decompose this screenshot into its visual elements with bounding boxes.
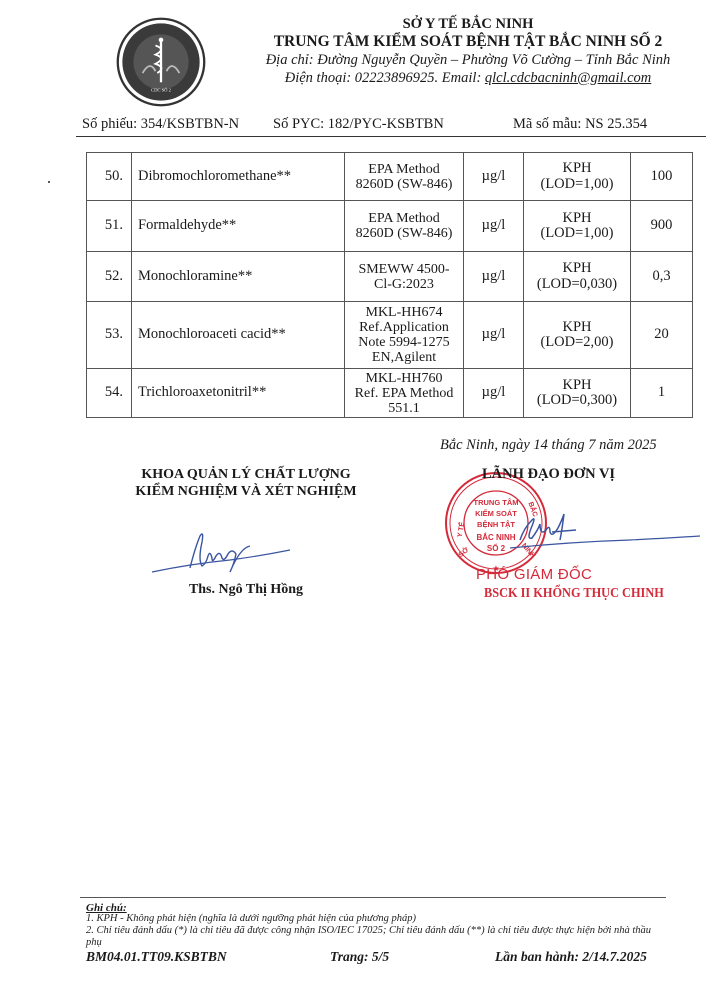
handwritten-signature-icon [150,528,295,578]
email-link[interactable]: qlcl.cdcbacninh@gmail.com [485,70,651,86]
note-item: 2. Chỉ tiêu đánh dấu (*) là chỉ tiêu đã … [86,925,666,949]
center-contact: Điện thoại: 02223896925. Email: qlcl.cdc… [230,70,706,87]
limit-value: 20 [631,302,693,369]
table-row: 52. Monochloramine** SMEWW 4500-Cl-G:202… [87,252,693,302]
report-number: Số phiếu: 354/KSBTBN-N [82,116,239,133]
result: KPH(LOD=0,300) [524,369,631,418]
result: KPH(LOD=2,00) [524,302,631,369]
center-address: Địa chỉ: Đường Nguyễn Quyền – Phường Võ … [230,52,706,69]
test-method: EPA Method8260D (SW-846) [345,201,464,252]
right-signatory-position: PHÓ GIÁM ĐỐC [476,566,592,583]
caduceus-emblem-icon: CDC SỐ 2 [115,16,207,108]
phone-label: Điện thoại: 02223896925. Email: [285,70,485,86]
unit: µg/l [464,153,524,201]
result: KPH(LOD=1,00) [524,153,631,201]
footer-divider [80,897,666,898]
scan-speck [48,181,50,183]
left-signatory-name: Ths. Ngô Thị Hồng [100,582,392,598]
test-method: MKL-HH760Ref. EPA Method551.1 [345,369,464,418]
parameter-name: Trichloroaxetonitril** [132,369,345,418]
handwritten-signature-icon [510,510,700,555]
table-row: 54. Trichloroaxetonitril** MKL-HH760Ref.… [87,369,693,418]
row-number: 52. [87,252,132,302]
results-table: 50. Dibromochloromethane** EPA Method826… [86,152,693,418]
svg-text:Y TẾ: Y TẾ [454,521,467,538]
unit: µg/l [464,302,524,369]
left-signatory-title: KHOA QUẢN LÝ CHẤT LƯỢNG KIỂM NGHIỆM VÀ X… [100,466,392,500]
row-number: 51. [87,201,132,252]
row-number: 50. [87,153,132,201]
sign-date: Bắc Ninh, ngày 14 tháng 7 năm 2025 [440,437,657,454]
test-method: MKL-HH674Ref.ApplicationNote 5994-1275EN… [345,302,464,369]
parameter-name: Dibromochloromethane** [132,153,345,201]
sample-code: Mã số mẫu: NS 25.354 [513,116,647,133]
table-row: 50. Dibromochloromethane** EPA Method826… [87,153,693,201]
parameter-name: Monochloramine** [132,252,345,302]
limit-value: 0,3 [631,252,693,302]
form-code: BM04.01.TT09.KSBTBN [86,949,227,965]
unit: µg/l [464,201,524,252]
test-method: EPA Method8260D (SW-846) [345,153,464,201]
center-name: TRUNG TÂM KIỂM SOÁT BỆNH TẬT BẮC NINH SỐ… [230,33,706,51]
note-item: 1. KPH - Không phát hiện (nghĩa là dưới … [86,913,666,925]
unit: µg/l [464,252,524,302]
svg-text:SỐ 2: SỐ 2 [487,543,506,553]
right-signatory-title: LÃNH ĐẠO ĐƠN VỊ [482,466,615,483]
parameter-name: Monochloroaceti cacid** [132,302,345,369]
department-name: SỞ Y TẾ BẮC NINH [230,16,706,33]
result: KPH(LOD=1,00) [524,201,631,252]
right-signatory-name: BSCK II KHỔNG THỤC CHINH [484,586,664,602]
row-number: 53. [87,302,132,369]
test-method: SMEWW 4500-Cl-G:2023 [345,252,464,302]
limit-value: 1 [631,369,693,418]
result: KPH(LOD=0,030) [524,252,631,302]
issue-version: Lần ban hành: 2/14.7.2025 [495,949,647,965]
parameter-name: Formaldehyde** [132,201,345,252]
request-number: Số PYC: 182/PYC-KSBTBN [273,116,444,133]
table-row: 51. Formaldehyde** EPA Method8260D (SW-8… [87,201,693,252]
svg-text:CDC SỐ 2: CDC SỐ 2 [151,87,172,92]
table-row: 53. Monochloroaceti cacid** MKL-HH674Ref… [87,302,693,369]
page-number: Trang: 5/5 [330,949,389,965]
unit: µg/l [464,369,524,418]
limit-value: 100 [631,153,693,201]
limit-value: 900 [631,201,693,252]
header-divider [76,136,706,137]
svg-text:TRUNG TÂM: TRUNG TÂM [474,498,519,507]
row-number: 54. [87,369,132,418]
